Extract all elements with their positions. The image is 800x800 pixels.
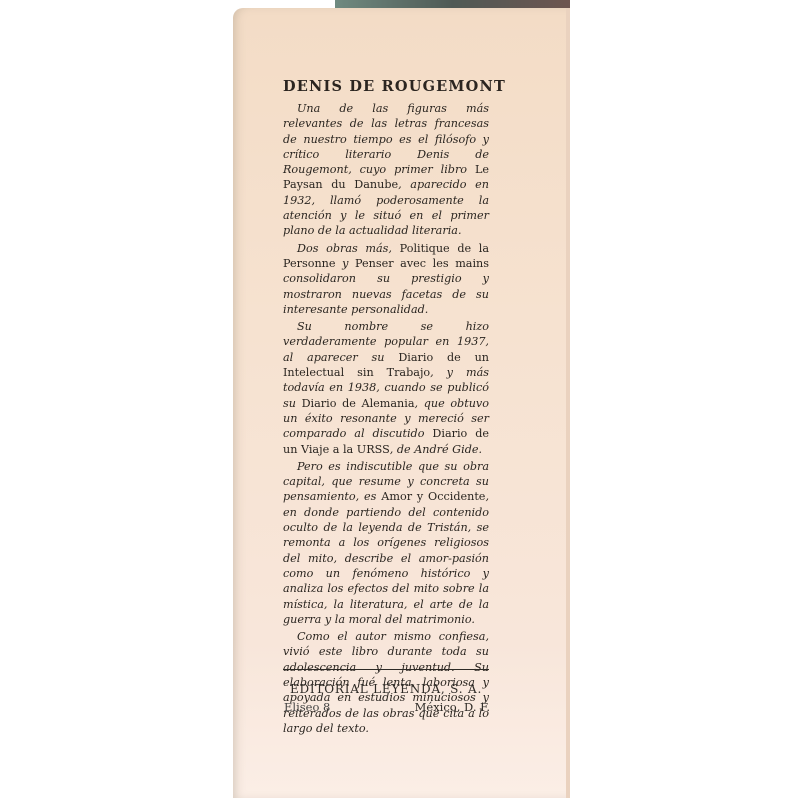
biography-paragraphs: Una de las figuras más relevantes de las… — [283, 101, 489, 736]
book-title-text: Penser avec les mains — [355, 257, 489, 270]
author-title: DENIS DE ROUGEMONT — [283, 78, 489, 95]
divider-rule — [283, 669, 489, 670]
publisher-city: México, D. F. — [414, 700, 490, 714]
biography-paragraph: Pero es indiscutible que su obra capital… — [283, 459, 489, 627]
paragraph-text: consolidaron su prestigio y mostraron nu… — [283, 272, 489, 316]
page-edge — [566, 8, 570, 798]
paragraph-text: Una de las figuras más relevantes de las… — [283, 102, 489, 176]
biography-paragraph: Una de las figuras más relevantes de las… — [283, 101, 489, 239]
publisher-street: Eliseo 8 — [284, 700, 330, 714]
biography-paragraph: Dos obras más, Politique de la Personne … — [283, 241, 489, 317]
book-title-text: Amor y Occidente — [381, 490, 485, 503]
paragraph-text: Dos obras más, — [297, 242, 400, 255]
paragraph-text: , en donde partiendo del contenido ocult… — [283, 490, 489, 625]
book-title-text: Diario de Alemania — [302, 397, 415, 410]
biography-paragraph: Su nombre se hizo verdaderamente popular… — [283, 319, 489, 457]
paragraph-text: y — [336, 257, 356, 270]
paragraph-text: , de André Gide. — [390, 443, 482, 456]
flap-text: DENIS DE ROUGEMONT Una de las figuras má… — [283, 78, 489, 738]
publisher-name: EDITORIAL LEYENDA, S. A. — [283, 682, 489, 696]
